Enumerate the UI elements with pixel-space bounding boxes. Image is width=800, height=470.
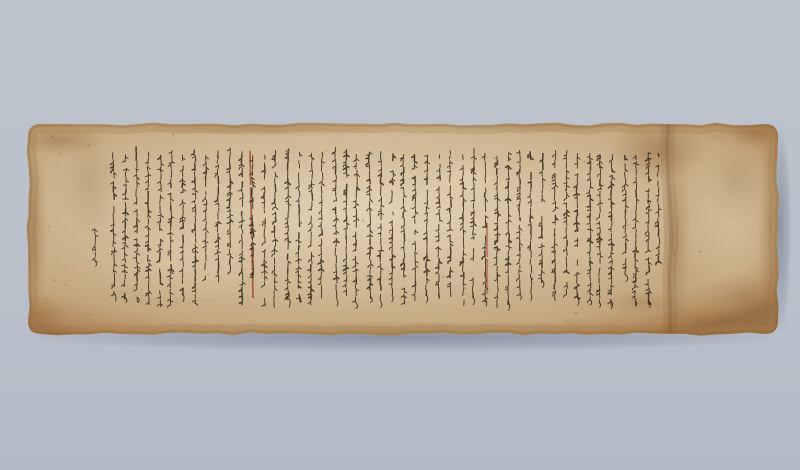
photo-backdrop <box>0 0 800 470</box>
paper-stain <box>12 296 68 336</box>
paper-stain <box>62 133 118 237</box>
paper-stain <box>438 158 498 198</box>
paper-stain <box>705 272 785 328</box>
paper-stain <box>707 138 767 222</box>
manuscript-photo <box>0 0 800 470</box>
paper-stain <box>110 122 410 136</box>
